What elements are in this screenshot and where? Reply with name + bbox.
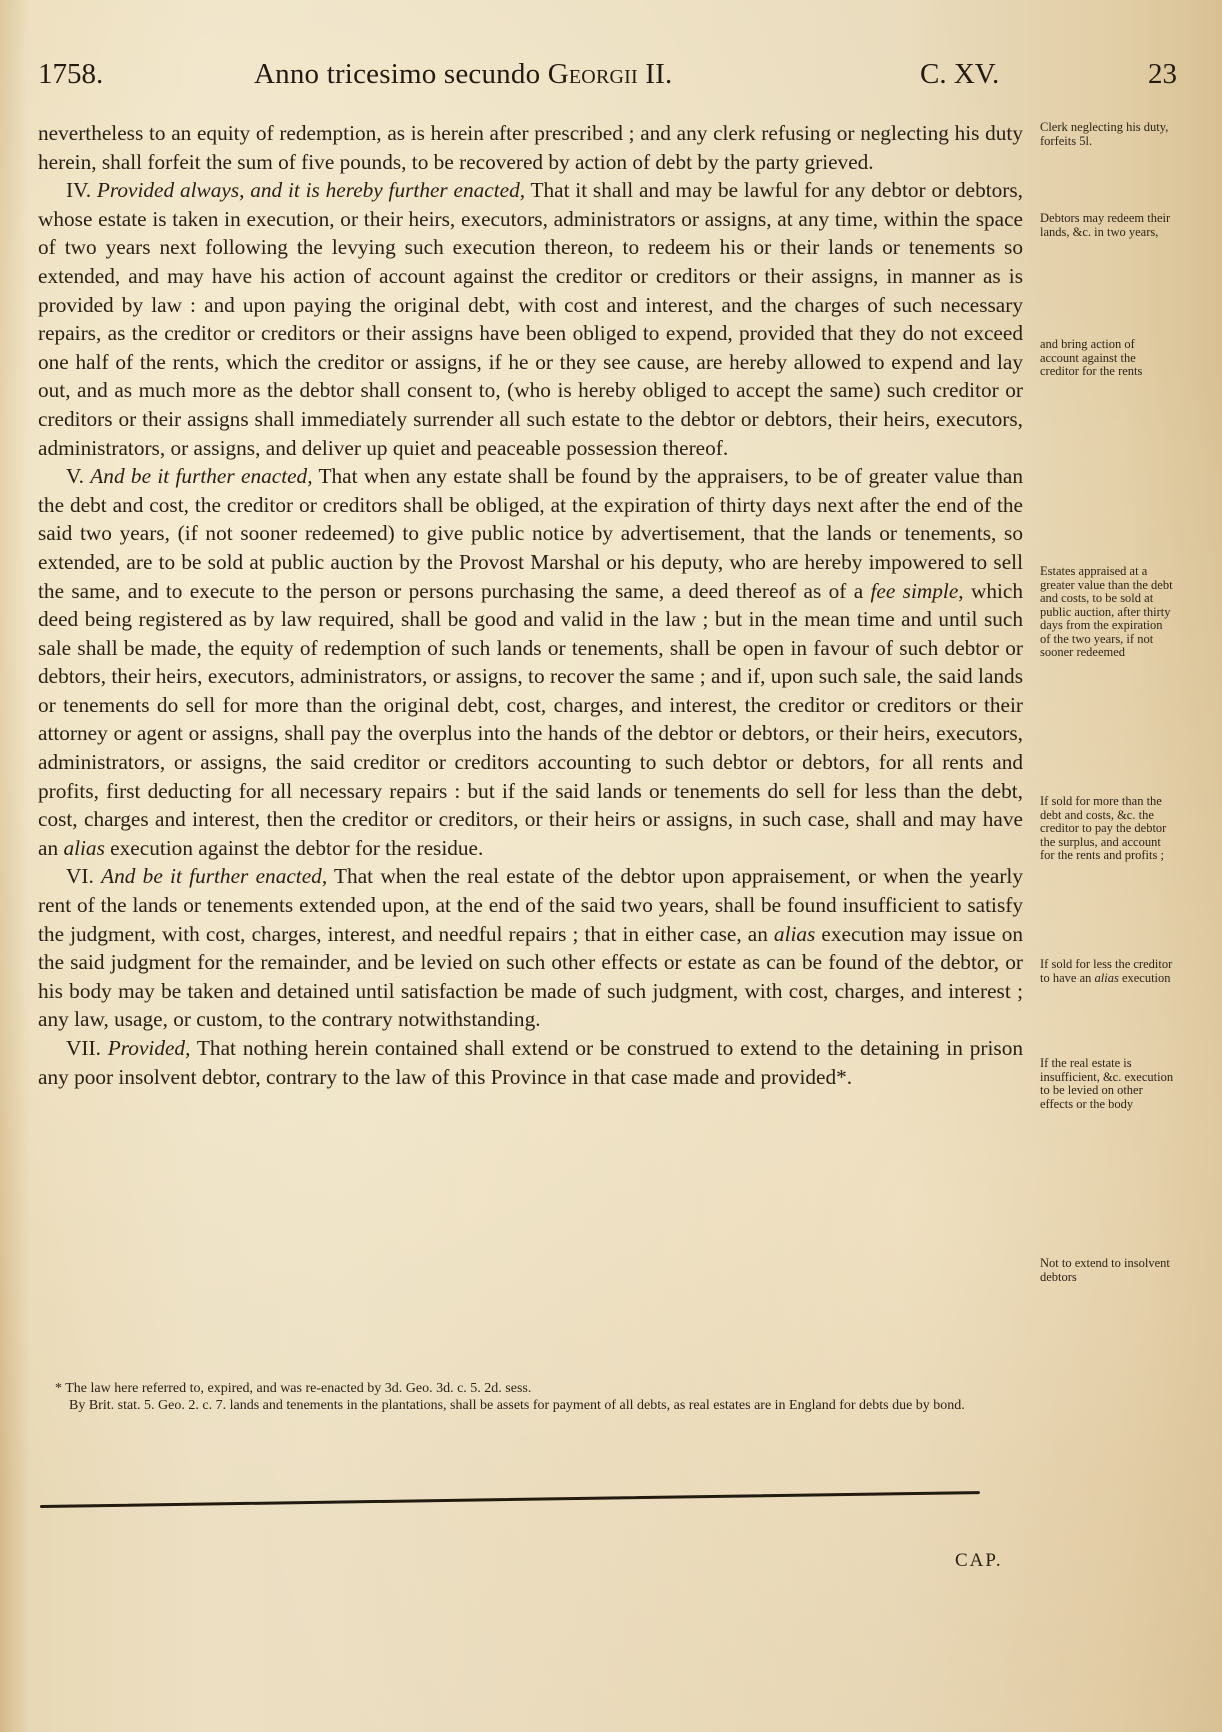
catchword: CAP.: [955, 1550, 1003, 1572]
section-vii: VII. Provided, That nothing herein conta…: [38, 1034, 1023, 1091]
section-lead: Provided,: [108, 1036, 191, 1060]
italic-term-alias: alias: [63, 836, 104, 860]
section-iv: IV. Provided always, and it is hereby fu…: [38, 176, 1023, 462]
section-text: , which deed being registered as by law …: [38, 579, 1023, 860]
section-lead: And be it further enacted,: [90, 464, 312, 488]
note-text: execution: [1119, 971, 1171, 985]
page-number: 23: [1148, 58, 1177, 91]
section-number: IV.: [66, 178, 91, 202]
body-text: nevertheless to an equity of redemption,…: [38, 119, 1023, 1091]
margin-note-insolvent: Not to extend to insolvent debtors: [1040, 1257, 1175, 1284]
margin-note-sold-less: If sold for less the creditor to have an…: [1040, 958, 1175, 985]
header-title-suffix: II.: [638, 58, 673, 90]
header-chapter: C. XV.: [920, 58, 999, 91]
section-number: V.: [66, 464, 84, 488]
italic-term-fee-simple: fee simple: [871, 579, 959, 603]
section-text: execution against the debtor for the res…: [105, 836, 483, 860]
footnote: * The law here referred to, expired, and…: [55, 1380, 1075, 1414]
margin-note-clerk: Clerk neglecting his duty, forfeits 5l.: [1040, 121, 1175, 148]
section-text: That it shall and may be lawful for any …: [38, 178, 1023, 459]
section-number: VII.: [66, 1036, 101, 1060]
margin-note-insufficient: If the real estate is insufficient, &c. …: [1040, 1057, 1175, 1111]
section-divider-rule: [40, 1491, 980, 1508]
header-title-king: Georgii: [548, 58, 638, 90]
header-year: 1758.: [38, 58, 103, 91]
header-title: Anno tricesimo secundo Georgii II.: [254, 58, 672, 91]
margin-note-redeem: Debtors may redeem their lands, &c. in t…: [1040, 212, 1175, 239]
margin-note-sold-more: If sold for more than the debt and costs…: [1040, 795, 1175, 863]
section-v: V. And be it further enacted, That when …: [38, 462, 1023, 862]
italic-term-alias: alias: [774, 922, 815, 946]
margin-note-account: and bring action of account against the …: [1040, 338, 1175, 379]
section-number: VI.: [66, 864, 94, 888]
running-header: 1758. Anno tricesimo secundo Georgii II.…: [38, 58, 1198, 108]
paragraph-continuation: nevertheless to an equity of redemption,…: [38, 119, 1023, 176]
section-lead: Provided always, and it is hereby furthe…: [97, 178, 525, 202]
margin-note-appraised: Estates appraised at a greater value tha…: [1040, 565, 1175, 660]
footnote-line-1: * The law here referred to, expired, and…: [55, 1380, 1075, 1397]
section-lead: And be it further enacted,: [101, 864, 327, 888]
document-page: 1758. Anno tricesimo secundo Georgii II.…: [0, 0, 1222, 1732]
footnote-line-2: By Brit. stat. 5. Geo. 2. c. 7. lands an…: [55, 1397, 1075, 1414]
header-title-prefix: Anno tricesimo secundo: [254, 58, 548, 90]
note-italic: alias: [1095, 971, 1119, 985]
section-vi: VI. And be it further enacted, That when…: [38, 862, 1023, 1034]
